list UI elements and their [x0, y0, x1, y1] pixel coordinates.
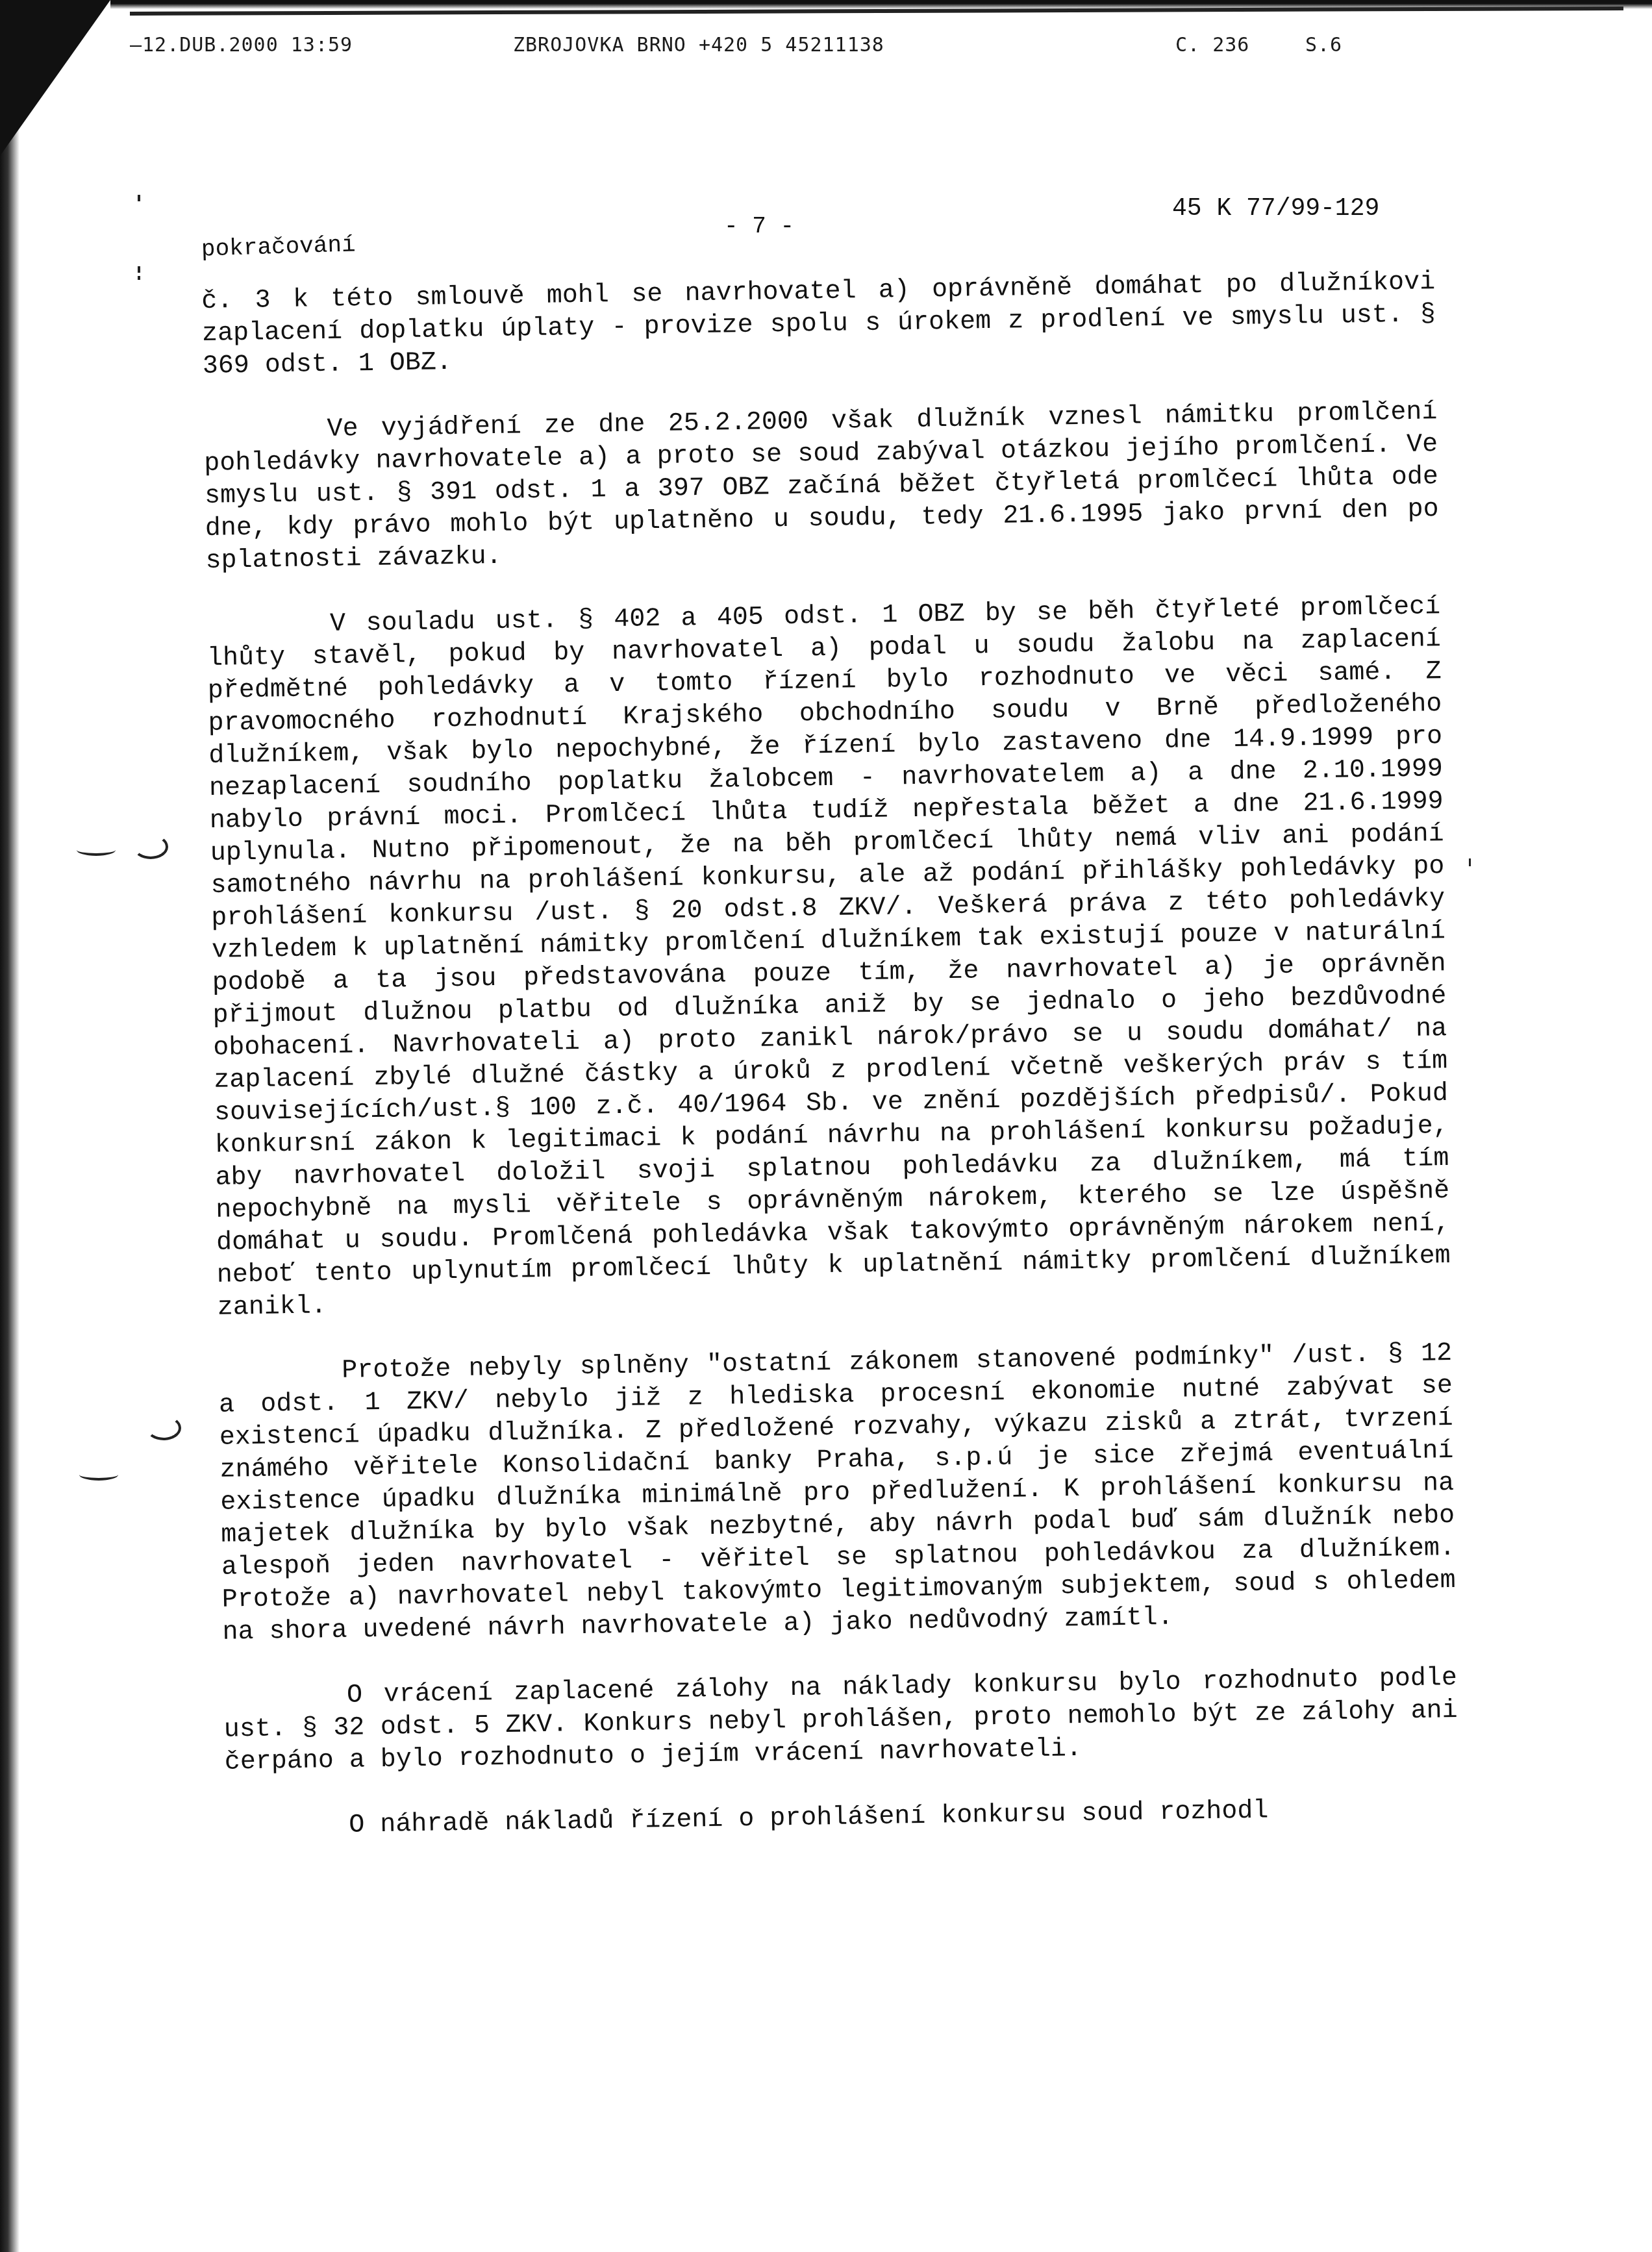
margin-tick: [138, 195, 140, 201]
document-header: pokračování - 7 - 45 K 77/99-129: [0, 195, 1652, 273]
margin-tick: [1469, 858, 1471, 866]
paragraph: Ve vyjádření ze dne 25.2.2000 však dlužn…: [203, 396, 1440, 578]
case-reference: 45 K 77/99-129: [1172, 195, 1379, 223]
margin-tick: [138, 276, 140, 280]
fax-date-time: —12.DUB.2000 13:59: [130, 34, 353, 56]
handwritten-mark-icon: [146, 1416, 181, 1440]
margin-tick: [138, 266, 140, 273]
continuation-label: pokračování: [201, 231, 356, 262]
scan-corner-shadow: [0, 0, 110, 156]
paragraph: V souladu ust. § 402 a 405 odst. 1 OBZ b…: [206, 591, 1451, 1325]
fax-sheet: S.6: [1305, 34, 1342, 56]
paragraph: O vrácení zaplacené zálohy na náklady ko…: [223, 1662, 1458, 1779]
handwritten-swoosh-icon: [79, 1469, 118, 1481]
handwritten-swoosh-icon: [77, 844, 116, 856]
page-number: - 7 -: [724, 213, 794, 240]
scan-edge-left: [0, 0, 19, 2252]
handwritten-mark-icon: [133, 834, 168, 859]
paragraph: Protože nebyly splněny "ostatní zákonem …: [218, 1338, 1457, 1649]
document-body: č. 3 k této smlouvě mohl se navrhovatel …: [201, 266, 1460, 1877]
fax-sender: ZBROJOVKA BRNO +420 5 45211138: [513, 34, 884, 56]
paragraph: č. 3 k této smlouvě mohl se navrhovatel …: [201, 266, 1436, 383]
paragraph: O náhradě nákladů řízení o prohlášení ko…: [225, 1792, 1460, 1844]
fax-number: C. 236: [1175, 34, 1249, 56]
